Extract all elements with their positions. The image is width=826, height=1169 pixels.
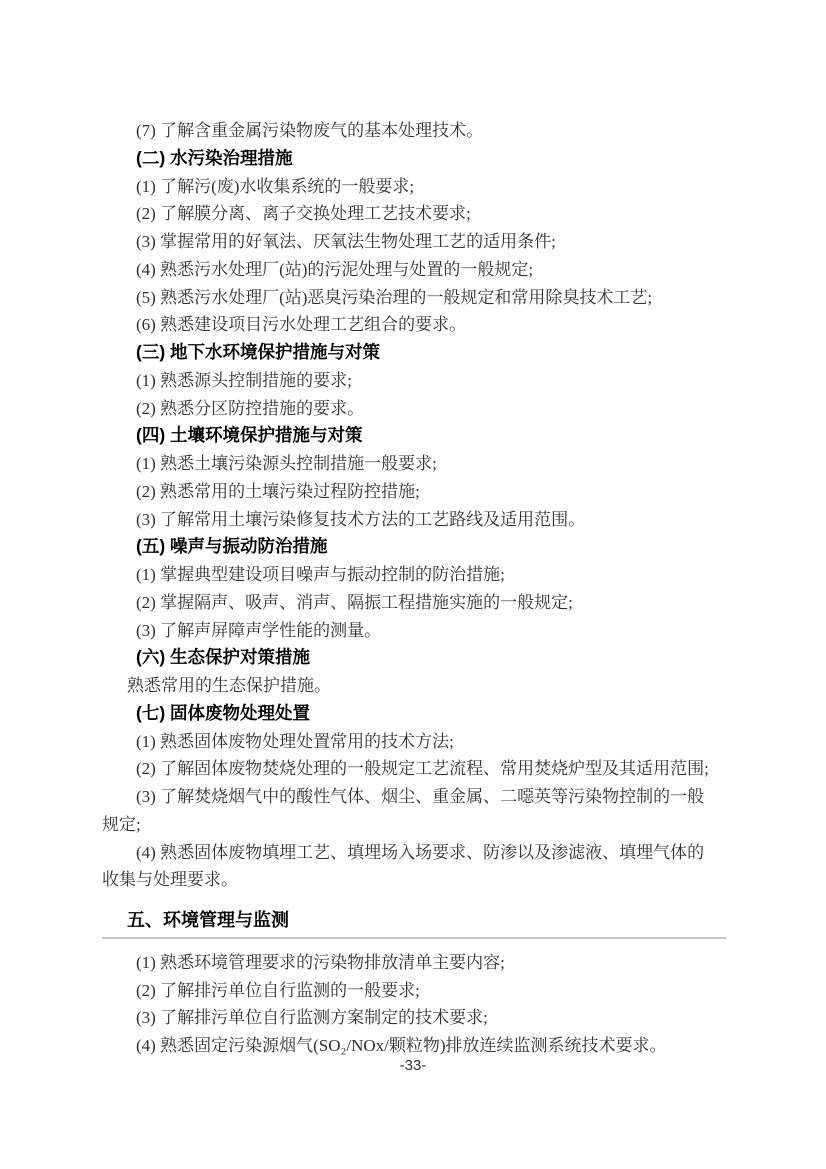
subsection-heading: (七) 固体废物处理处置 bbox=[102, 700, 726, 728]
text-line: (2) 了解固体废物焚烧处理的一般规定工艺流程、常用焚烧炉型及其适用范围; bbox=[102, 755, 726, 783]
text-line: (3) 了解声屏障声学性能的测量。 bbox=[102, 617, 726, 645]
text-line: (1) 熟悉环境管理要求的污染物排放清单主要内容; bbox=[102, 949, 726, 977]
text-line: 规定; bbox=[102, 811, 726, 839]
text-line: (2) 了解排污单位自行监测的一般要求; bbox=[102, 977, 726, 1005]
subsection-heading: (二) 水污染治理措施 bbox=[102, 145, 726, 173]
document-page: (7) 了解含重金属污染物废气的基本处理技术。(二) 水污染治理措施(1) 了解… bbox=[0, 0, 826, 1169]
subsection-heading: (六) 生态保护对策措施 bbox=[102, 644, 726, 672]
text-line: (3) 了解排污单位自行监测方案制定的技术要求; bbox=[102, 1004, 726, 1032]
text-line: (1) 了解污(废)水收集系统的一般要求; bbox=[102, 173, 726, 201]
text-line: (6) 熟悉建设项目污水处理工艺组合的要求。 bbox=[102, 311, 726, 339]
text-line: (2) 熟悉分区防控措施的要求。 bbox=[102, 395, 726, 423]
subsection-heading: (五) 噪声与振动防治措施 bbox=[102, 533, 726, 561]
text-line: (1) 熟悉土壤污染源头控制措施一般要求; bbox=[102, 450, 726, 478]
text-line: (3) 掌握常用的好氧法、厌氧法生物处理工艺的适用条件; bbox=[102, 228, 726, 256]
text-line: (1) 熟悉固体废物处理处置常用的技术方法; bbox=[102, 728, 726, 756]
section-heading: 五、环境管理与监测 bbox=[102, 907, 726, 939]
document-body: (7) 了解含重金属污染物废气的基本处理技术。(二) 水污染治理措施(1) 了解… bbox=[0, 0, 826, 1060]
text-line: 熟悉常用的生态保护措施。 bbox=[102, 672, 726, 700]
text-line: (2) 掌握隔声、吸声、消声、隔振工程措施实施的一般规定; bbox=[102, 589, 726, 617]
subsection-heading: (三) 地下水环境保护措施与对策 bbox=[102, 339, 726, 367]
text-line: 收集与处理要求。 bbox=[102, 866, 726, 894]
text-line: (4) 熟悉固体废物填埋工艺、填埋场入场要求、防渗以及渗滤液、填埋气体的 bbox=[102, 839, 726, 867]
text-line: (3) 了解常用土壤污染修复技术方法的工艺路线及适用范围。 bbox=[102, 506, 726, 534]
text-line: (4) 熟悉污水处理厂(站)的污泥处理与处置的一般规定; bbox=[102, 256, 726, 284]
text-line: (2) 熟悉常用的土壤污染过程防控措施; bbox=[102, 478, 726, 506]
text-line: (4) 熟悉固定污染源烟气(SO₂/NOx/颗粒物)排放连续监测系统技术要求。 bbox=[102, 1032, 726, 1060]
text-line: (5) 熟悉污水处理厂(站)恶臭污染治理的一般规定和常用除臭技术工艺; bbox=[102, 284, 726, 312]
text-line: (1) 熟悉源头控制措施的要求; bbox=[102, 367, 726, 395]
page-number: -33- bbox=[0, 1057, 826, 1074]
text-line: (7) 了解含重金属污染物废气的基本处理技术。 bbox=[102, 117, 726, 145]
subsection-heading: (四) 土壤环境保护措施与对策 bbox=[102, 422, 726, 450]
text-line: (3) 了解焚烧烟气中的酸性气体、烟尘、重金属、二噁英等污染物控制的一般 bbox=[102, 783, 726, 811]
text-line: (2) 了解膜分离、离子交换处理工艺技术要求; bbox=[102, 200, 726, 228]
text-line: (1) 掌握典型建设项目噪声与振动控制的防治措施; bbox=[102, 561, 726, 589]
